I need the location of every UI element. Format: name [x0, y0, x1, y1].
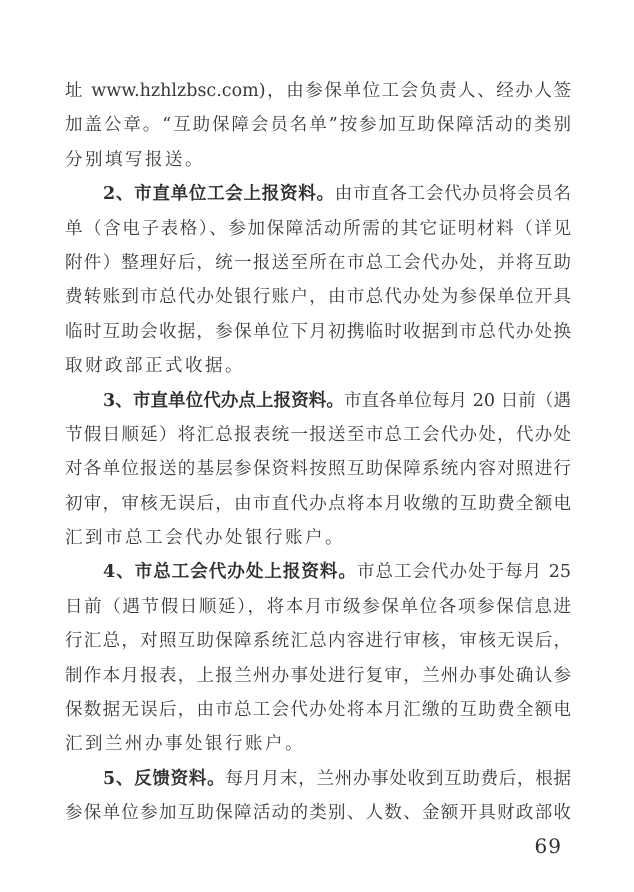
text-line: 节假日顺延）将汇总报表统一报送至市总工会代办处，代办处: [65, 418, 571, 452]
text-line: 初审，审核无误后，由市直代办点将本月收缴的互助费全额电: [65, 487, 571, 521]
text-line: 参保单位参加互助保障活动的类别、人数、金额开具财政部收: [65, 796, 571, 830]
line-text: 汇到市总工会代办处银行账户。: [65, 528, 345, 548]
text-line: 费转账到市总代办处银行账户，由市总代办处为参保单位开具: [65, 280, 571, 314]
line-text: 日前（遇节假日顺延），将本月市级参保单位各项参保信息进: [65, 597, 571, 617]
text-line: 分别填写报送。: [65, 143, 571, 177]
text-line: 2、市直单位工会上报资料。由市直各工会代办员将会员名: [65, 177, 571, 211]
line-text: 附件）整理好后，统一报送至所在市总工会代办处，并将互助: [65, 253, 571, 273]
line-text: 每月月末，兰州办事处收到互助费后，根据: [225, 769, 571, 789]
line-text: 市直各单位每月 20 日前（遇: [344, 391, 571, 411]
text-line: 行汇总，对照互助保障系统汇总内容进行审核，审核无误后，: [65, 624, 571, 658]
line-text: 参保单位参加互助保障活动的类别、人数、金额开具财政部收: [65, 803, 571, 823]
paragraph-heading: 2、市直单位工会上报资料。: [103, 184, 335, 204]
line-text: 行汇总，对照互助保障系统汇总内容进行审核，审核无误后，: [65, 631, 571, 651]
text-line: 3、市直单位代办点上报资料。市直各单位每月 20 日前（遇: [65, 384, 571, 418]
line-text: 临时互助会收据，参保单位下月初携临时收据到市总代办处换: [65, 322, 571, 342]
line-text: 初审，审核无误后，由市直代办点将本月收缴的互助费全额电: [65, 494, 571, 514]
paragraph-heading: 5、反馈资料。: [103, 769, 225, 789]
body-text: 址 www.hzhlzbsc.com)，由参保单位工会负责人、经办人签章、 加盖…: [65, 74, 571, 831]
line-text: 取财政部正式收据。: [65, 356, 245, 376]
line-text: 分别填写报送。: [65, 150, 205, 170]
line-text: 费转账到市总代办处银行账户，由市总代办处为参保单位开具: [65, 287, 571, 307]
text-line: 单（含电子表格）、参加保障活动所需的其它证明材料（详见: [65, 212, 571, 246]
text-line: 日前（遇节假日顺延），将本月市级参保单位各项参保信息进: [65, 590, 571, 624]
line-text: 加盖公章。“互助保障会员名单”按参加互助保障活动的类别: [65, 115, 571, 135]
text-line: 临时互助会收据，参保单位下月初携临时收据到市总代办处换: [65, 315, 571, 349]
line-text: 市总工会代办处于每月 25: [357, 562, 571, 582]
text-line: 5、反馈资料。每月月末，兰州办事处收到互助费后，根据: [65, 762, 571, 796]
text-line: 址 www.hzhlzbsc.com)，由参保单位工会负责人、经办人签章、: [65, 74, 571, 108]
paragraph-heading: 4、市总工会代办处上报资料。: [103, 562, 357, 582]
text-line: 制作本月报表，上报兰州办事处进行复审，兰州办事处确认参: [65, 659, 571, 693]
text-line: 汇到市总工会代办处银行账户。: [65, 521, 571, 555]
line-text: 制作本月报表，上报兰州办事处进行复审，兰州办事处确认参: [65, 666, 571, 686]
line-text: 址 www.hzhlzbsc.com)，由参保单位工会负责人、经办人签章、: [65, 81, 571, 108]
text-line: 取财政部正式收据。: [65, 349, 571, 383]
line-text: 保数据无误后，由市总工会代办处将本月汇缴的互助费全额电: [65, 700, 571, 720]
text-line: 加盖公章。“互助保障会员名单”按参加互助保障活动的类别: [65, 108, 571, 142]
line-text: 由市直各工会代办员将会员名: [335, 184, 571, 204]
line-text: 汇到兰州办事处银行账户。: [65, 734, 305, 754]
text-line: 保数据无误后，由市总工会代办处将本月汇缴的互助费全额电: [65, 693, 571, 727]
page-number: 69: [535, 834, 562, 858]
line-text: 单（含电子表格）、参加保障活动所需的其它证明材料（详见: [65, 219, 571, 239]
text-line: 附件）整理好后，统一报送至所在市总工会代办处，并将互助: [65, 246, 571, 280]
text-line: 对各单位报送的基层参保资料按照互助保障系统内容对照进行: [65, 452, 571, 486]
line-text: 节假日顺延）将汇总报表统一报送至市总工会代办处，代办处: [65, 425, 571, 445]
text-line: 4、市总工会代办处上报资料。市总工会代办处于每月 25: [65, 555, 571, 589]
line-text: 对各单位报送的基层参保资料按照互助保障系统内容对照进行: [65, 459, 571, 479]
document-page: 址 www.hzhlzbsc.com)，由参保单位工会负责人、经办人签章、 加盖…: [0, 0, 634, 892]
text-line: 汇到兰州办事处银行账户。: [65, 727, 571, 761]
paragraph-heading: 3、市直单位代办点上报资料。: [103, 391, 344, 411]
